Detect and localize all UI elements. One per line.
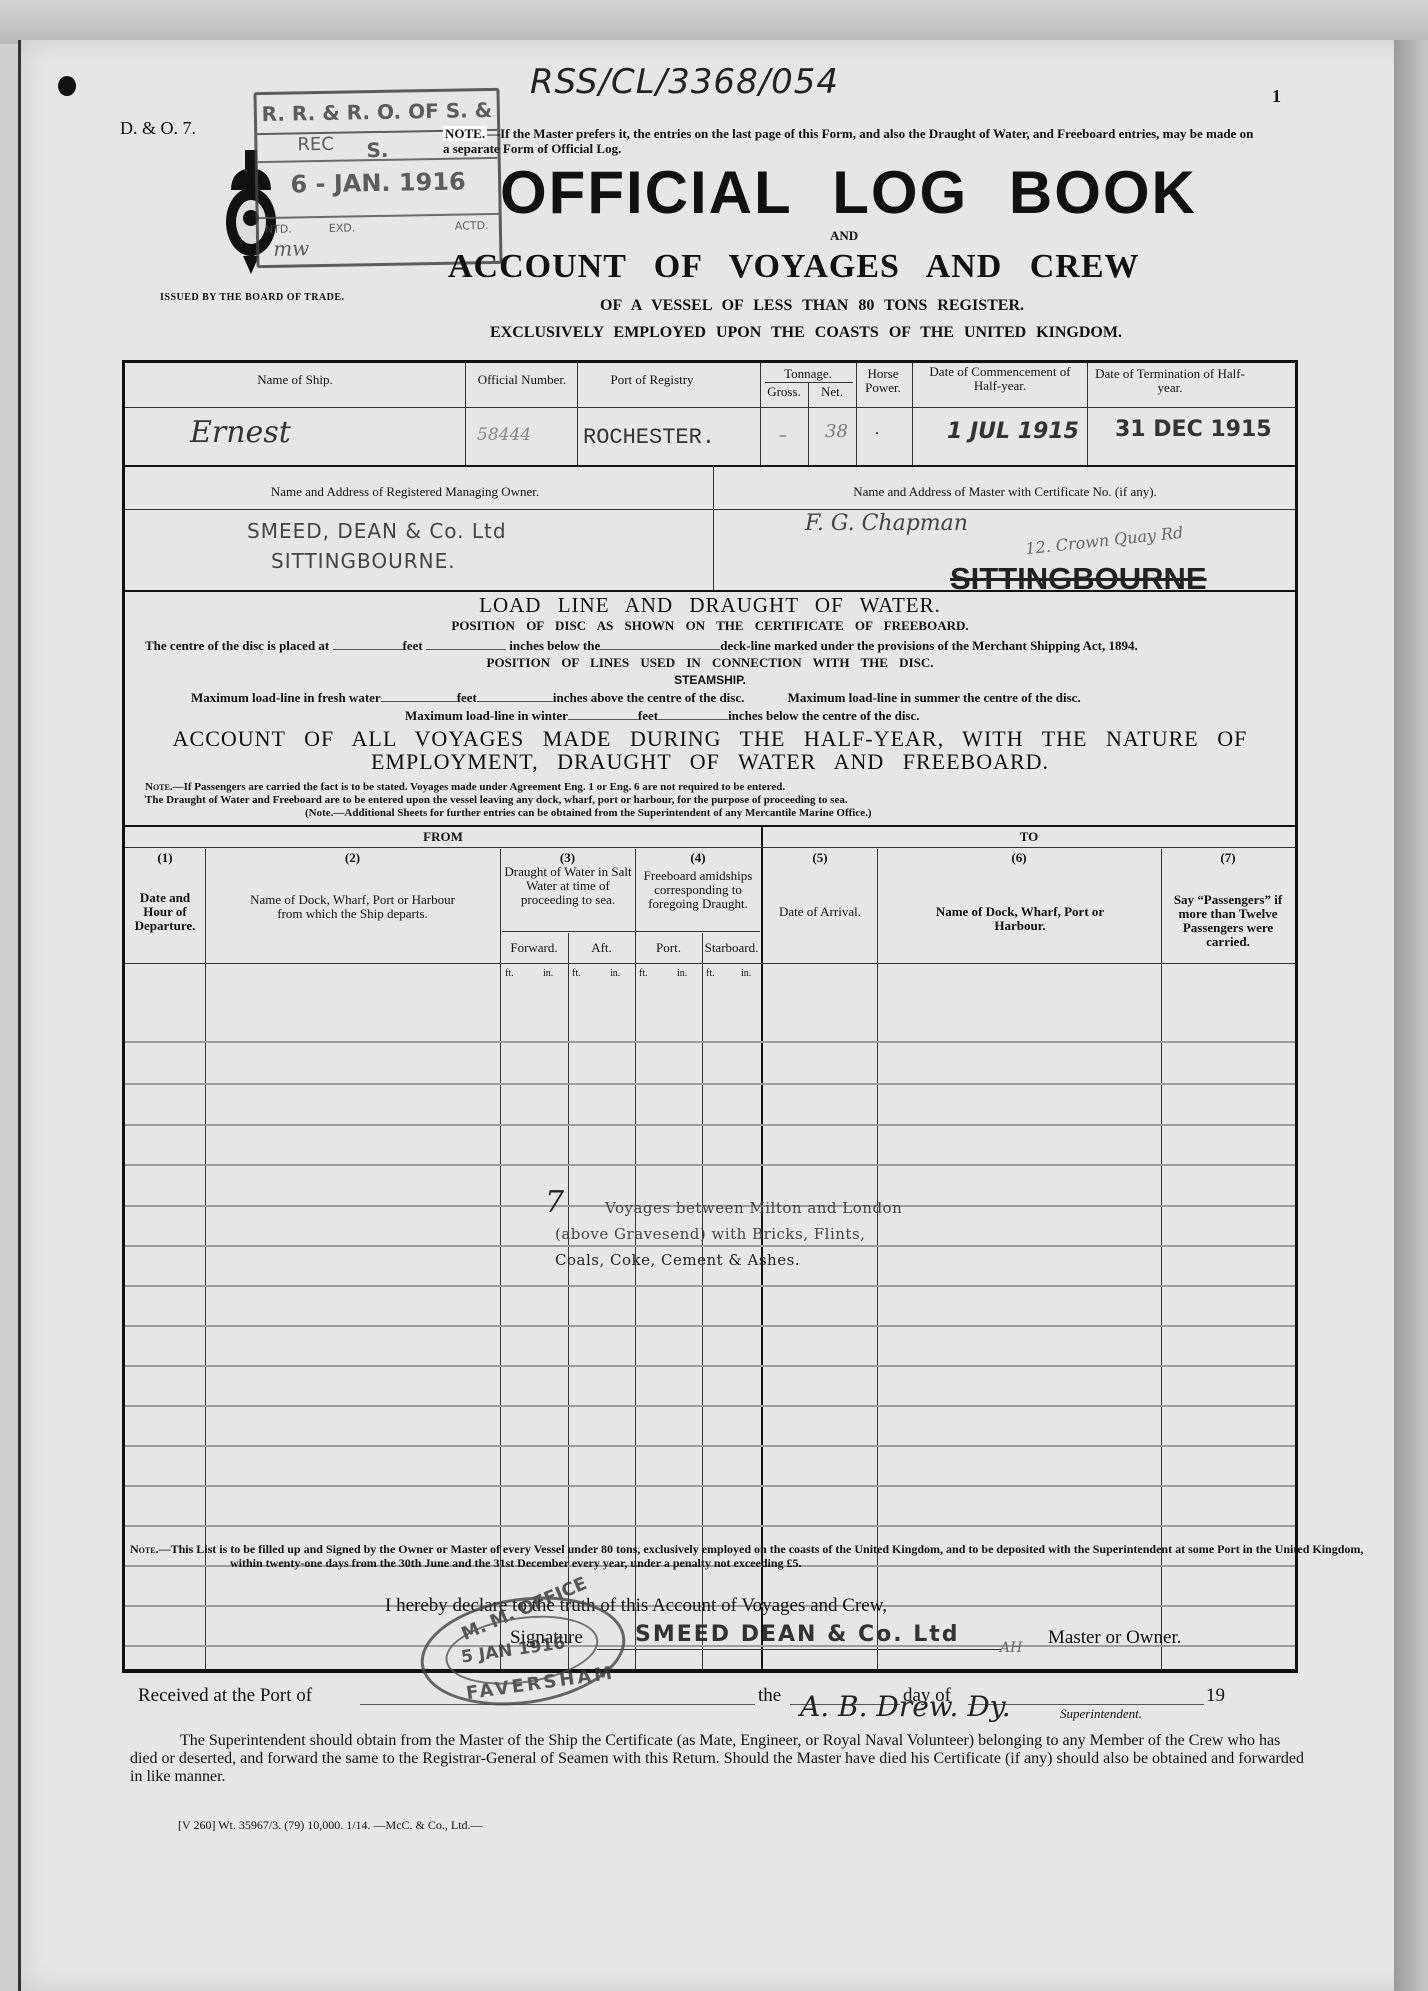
scan-top-shadow [0, 0, 1428, 44]
deposit-note: Note.—This List is to be filled up and S… [130, 1542, 1390, 1570]
commencement-date-stamp: 1 JUL 1915 [947, 419, 1079, 444]
signature-stamp: SMEED DEAN & Co. Ltd [635, 1622, 960, 1647]
fresh-feet-field[interactable] [381, 689, 457, 702]
col2-label: Name of Dock, Wharf, Port or Harbour fro… [245, 893, 460, 921]
subcol-aft: Aft. [568, 941, 635, 955]
col3-num: (3) [500, 851, 635, 865]
termination-date-stamp: 31 DEC 1915 [1115, 417, 1272, 442]
ship-name-value: Ernest [190, 415, 291, 450]
subcol-port: Port. [635, 941, 702, 955]
net-value: 38 [825, 421, 848, 442]
header-termination: Date of Termination of Half-year. [1087, 367, 1253, 395]
horse-power-value: . [875, 421, 879, 439]
col5-label: Date of Arrival. [773, 905, 867, 919]
superintendent-signature: A. B. Drew. Dy. [800, 1690, 1011, 1723]
lines-heading: POSITION OF LINES USED IN CONNECTION WIT… [125, 655, 1295, 671]
owner-name-stamp: SMEED, DEAN & Co. Ltd [247, 519, 507, 543]
header-net: Net. [808, 385, 856, 399]
col5-num: (5) [763, 851, 877, 865]
punch-hole [58, 76, 76, 96]
master-or-owner-label: Master or Owner. [1048, 1627, 1182, 1649]
document-title: OFFICIAL LOG BOOK [500, 158, 1197, 227]
gross-value: – [779, 425, 787, 444]
signature-initials: AH [1000, 1640, 1022, 1656]
owner-town-stamp: SITTINGBOURNE. [271, 549, 456, 573]
disc-heading: POSITION OF DISC AS SHOWN ON THE CERTIFI… [125, 618, 1295, 634]
header-official-number: Official Number. [467, 373, 577, 387]
form-code: D. & O. 7. [120, 118, 196, 139]
from-label: FROM [125, 830, 761, 844]
col1-num: (1) [125, 851, 205, 865]
received-port-field[interactable] [360, 1704, 755, 1705]
col6-label: Name of Dock, Wharf, Port or Harbour. [915, 905, 1125, 933]
header-owner: Name and Address of Registered Managing … [125, 485, 685, 499]
voyage-count: 7 [545, 1185, 564, 1220]
load-line-title: LOAD LINE AND DRAUGHT OF WATER. [125, 593, 1295, 618]
account-title-line2: EMPLOYMENT, DRAUGHT OF WATER AND FREEBOA… [125, 750, 1295, 773]
winter-line: Maximum load-line in winterfeetinches be… [405, 707, 1285, 724]
header-gross: Gross. [760, 385, 808, 399]
steamship-label: STEAMSHIP. [125, 673, 1295, 687]
disc-feet-field[interactable] [333, 637, 403, 650]
scan-right-shadow [1394, 40, 1428, 1991]
fresh-inches-field[interactable] [477, 689, 553, 702]
received-port-label: Received at the Port of [138, 1685, 312, 1707]
document-subtitle: ACCOUNT OF VOYAGES AND CREW [448, 248, 1140, 286]
winter-feet-field[interactable] [568, 707, 638, 720]
official-number-value: 58444 [477, 425, 531, 445]
header-tonnage: Tonnage. [760, 367, 856, 381]
disc-inches-field[interactable] [426, 637, 506, 650]
superintendent-label: Superintendent. [1060, 1706, 1142, 1722]
header-commencement: Date of Commencement of Half-year. [917, 365, 1083, 393]
entry-line-3: Coals, Coke, Cement & Ashes. [555, 1247, 800, 1273]
printer-imprint: [V 260] Wt. 35967/3. (79) 10,000. 1/14. … [178, 1818, 483, 1833]
col4-label: Freeboard amidships corresponding to for… [637, 869, 759, 911]
account-title-line1: ACCOUNT OF ALL VOYAGES MADE DURING THE H… [125, 727, 1295, 750]
superintendent-note: The Superintendent should obtain from th… [130, 1732, 1310, 1786]
col6-num: (6) [877, 851, 1161, 865]
registry-received-stamp: R. R. & R. O. OF S. & S. REC 6 - JAN. 19… [253, 88, 502, 268]
winter-inches-field[interactable] [658, 707, 728, 720]
signature-field[interactable] [597, 1649, 1001, 1650]
col3-label: Draught of Water in Salt Water at time o… [503, 865, 633, 907]
disc-position-line: The centre of the disc is placed at feet… [145, 637, 1295, 654]
header-horse-power: Horse Power. [856, 367, 910, 395]
title-and: AND [830, 228, 858, 244]
page-number: 1 [1272, 86, 1281, 107]
subcol-forward: Forward. [500, 941, 568, 955]
master-name-value: F. G. Chapman [805, 511, 968, 536]
fresh-water-line: Maximum load-line in fresh waterfeetinch… [191, 689, 1291, 706]
received-stamp-date: 6 - JAN. 1916 [258, 167, 498, 199]
master-address-value: 12. Crown Quay Rd [1024, 523, 1184, 558]
subcol-starboard: Starboard. [702, 941, 761, 955]
col7-num: (7) [1161, 851, 1295, 865]
employment-scope: EXCLUSIVELY EMPLOYED UPON THE COASTS OF … [490, 324, 1122, 342]
col4-num: (4) [635, 851, 761, 865]
header-port: Port of Registry [577, 373, 727, 387]
issued-by: ISSUED BY THE BOARD OF TRADE. [160, 292, 345, 303]
entry-line-2: (above Gravesend) with Bricks, Flints, [555, 1221, 865, 1247]
year-prefix: 19 [1206, 1685, 1225, 1707]
archive-reference: RSS/CL/3368/054 [530, 62, 839, 102]
log-form: Name of Ship. Official Number. Port of R… [122, 360, 1298, 1672]
header-ship-name: Name of Ship. [125, 373, 465, 387]
header-master: Name and Address of Master with Certific… [715, 485, 1295, 499]
vessel-class: OF A VESSEL OF LESS THAN 80 TONS REGISTE… [600, 297, 1024, 315]
the-label: the [758, 1685, 781, 1707]
deck-line-field[interactable] [600, 637, 720, 650]
top-note: NOTE.—If the Master prefers it, the entr… [443, 126, 1263, 156]
col2-num: (2) [205, 851, 500, 865]
col7-label: Say “Passengers” if more than Twelve Pas… [1165, 893, 1291, 949]
to-label: TO [763, 830, 1295, 844]
port-value: ROCHESTER. [583, 425, 715, 450]
entry-line-1: Voyages between Milton and London [605, 1195, 902, 1221]
declaration-text: I hereby declare to the truth of this Ac… [385, 1595, 887, 1617]
col1-label: Date and Hour of Departure. [129, 891, 201, 933]
account-notes: Note.—If Passengers are carried the fact… [145, 781, 1285, 820]
